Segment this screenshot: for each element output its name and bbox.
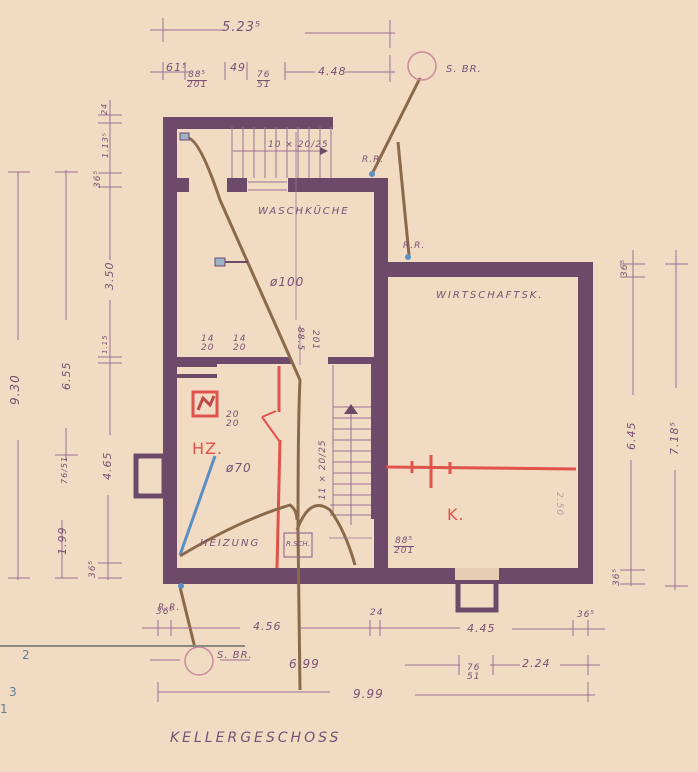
inner-stair xyxy=(330,365,371,525)
dim-left-inner-1: 24 xyxy=(100,103,109,115)
dim-bottom-wall-l: 36⁵ xyxy=(156,607,174,617)
margin-mark-1: 1 xyxy=(0,702,9,716)
dim-vent-1: 1420 xyxy=(201,326,214,353)
dim-top-d1: 61⁵ xyxy=(166,61,187,74)
margin-mark-3: 3 xyxy=(9,685,18,699)
dim-left-inner-4: 3.50 xyxy=(103,262,116,291)
dim-door-den: 201 xyxy=(310,330,320,350)
dim-bottom-right2: 2.24 xyxy=(522,657,551,670)
dim-left-win: 76/51 xyxy=(60,456,69,484)
label-pipe-100: ø100 xyxy=(270,275,304,289)
label-top-stair: 10 × 20/25 xyxy=(268,140,329,150)
dim-right-top-wall: 36⁵ xyxy=(620,259,630,277)
label-koks: K. xyxy=(447,505,465,524)
dim-top-d3: 49 xyxy=(230,61,246,74)
dim-door2: 88⁵201 xyxy=(394,528,414,556)
chimney-den: 20 xyxy=(226,420,239,429)
margin-mark-2: 2 xyxy=(22,648,31,662)
dim-bottom-left: 4.56 xyxy=(253,620,282,633)
dim-bottom-mid-wall: 24 xyxy=(370,608,383,618)
room-waschkueche: WASCHKÜCHE xyxy=(258,206,350,217)
dim-vent-2: 1420 xyxy=(233,326,246,353)
label-rr-top: R.R. xyxy=(362,155,384,165)
vent-1-den: 20 xyxy=(201,344,214,353)
dim-left-inner-7: 36⁵ xyxy=(88,560,98,578)
left-win-num: 76 xyxy=(60,472,69,484)
label-rsch: R.SCH. xyxy=(286,540,310,548)
vent-2-den: 20 xyxy=(233,344,246,353)
dim-bottom-win: 7651 xyxy=(467,655,480,682)
floor-plan-drawing xyxy=(0,0,698,772)
dim-chimney: 2020 xyxy=(226,402,239,429)
dim-left-inner-3: 36⁵ xyxy=(93,170,103,188)
dim-top-d2-den: 201 xyxy=(187,81,207,90)
drawing-title: KELLERGESCHOSS xyxy=(170,730,341,746)
room-heizung: HEIZUNG xyxy=(200,538,260,549)
dim-left-lower: 1.99 xyxy=(56,527,69,556)
dim-right-inner: 6.45 xyxy=(625,422,638,451)
dim-right-overall: 7.18⁵ xyxy=(668,421,681,455)
dim-right-bottom-wall: 36⁵ xyxy=(612,568,622,586)
label-pipe-70: ø70 xyxy=(226,461,252,475)
dim-bottom-overall: 9.99 xyxy=(353,687,384,701)
dim-bottom-right: 4.45 xyxy=(467,622,496,635)
dim-top-d4-den: 51 xyxy=(257,81,270,90)
walls xyxy=(163,117,593,584)
label-heizung-marker: HZ. xyxy=(192,439,223,458)
dim-left-inner-6: 4.65 xyxy=(101,452,114,481)
dim-left-inner-2: 1.13⁵ xyxy=(101,132,110,158)
label-sbr-bottom: S. BR. xyxy=(217,650,253,661)
label-inner-stair: 11 × 20/25 xyxy=(318,439,328,500)
dim-top-d5: 4.48 xyxy=(318,65,347,78)
dim-bottom-wall-r: 36⁵ xyxy=(577,610,595,620)
dim-top-d4: 7651 xyxy=(257,62,270,90)
dim-left-inner-5: 1.15 xyxy=(101,334,109,354)
dim-koks: 2.50 xyxy=(554,492,564,516)
room-wirtschaftskeller: WIRTSCHAFTSK. xyxy=(436,290,544,301)
dim-top-d2: 88⁵201 xyxy=(187,62,207,90)
dim-door-num: 88.5 xyxy=(295,327,305,351)
dim-top-overall: 5.23⁵ xyxy=(222,20,261,35)
dim-bottom-row2: 6.99 xyxy=(289,657,320,671)
dim-left-upper: 6.55 xyxy=(60,362,73,391)
bottom-win-den: 51 xyxy=(467,673,480,682)
door2-den: 201 xyxy=(394,547,414,556)
label-rr-mid: R.R. xyxy=(403,241,425,251)
left-win-den: 51 xyxy=(60,456,69,468)
label-sbr-top: S. BR. xyxy=(446,64,482,75)
dim-left-overall: 9.30 xyxy=(8,374,22,405)
